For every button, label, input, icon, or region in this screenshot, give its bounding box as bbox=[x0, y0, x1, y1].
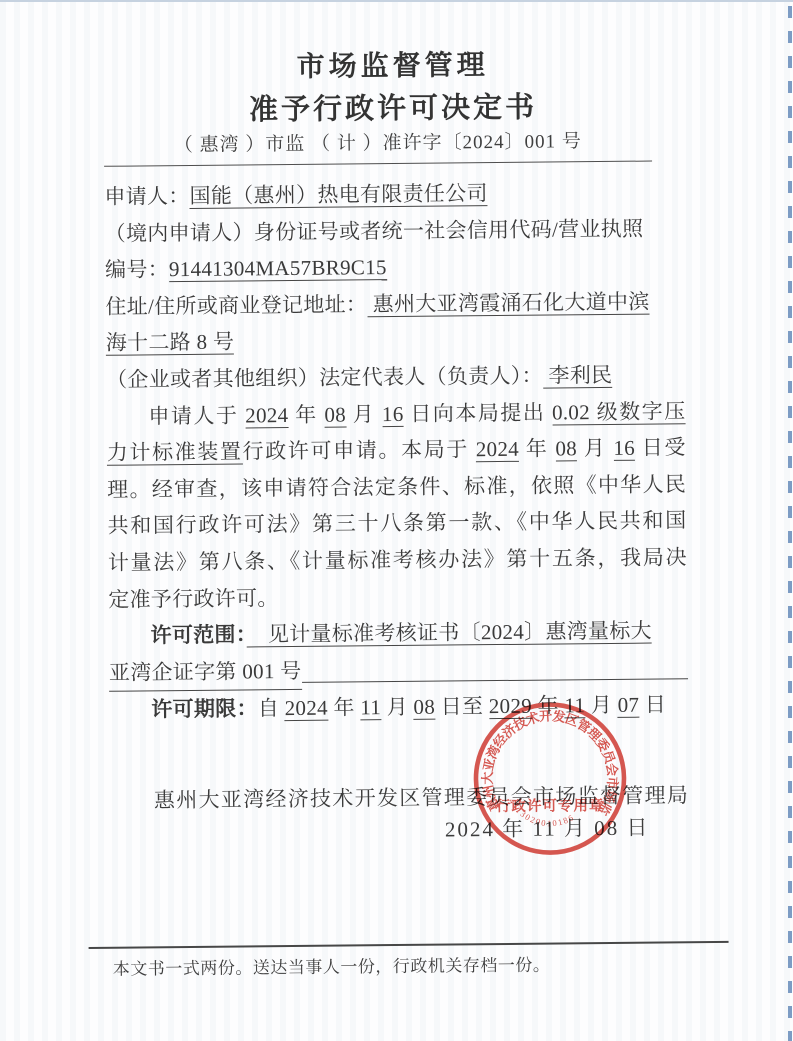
doc-line: 申请人：国能（惠州）热电有限责任公司 bbox=[104, 173, 683, 215]
doc-line: 理。经审查，该申请符合法定条件、标准，依照《中华人民 bbox=[107, 466, 686, 508]
applicant-info-section: 申请人：国能（惠州）热电有限责任公司（境内申请人）身份证号或者统一社会信用代码/… bbox=[104, 173, 685, 398]
text-segment: 申请人于 bbox=[148, 403, 245, 428]
text-segment: 16 bbox=[613, 436, 635, 461]
text-segment: 0.02 级数字压 bbox=[552, 399, 686, 425]
text-segment: 月 bbox=[381, 695, 414, 719]
text-segment: 日 bbox=[639, 693, 666, 717]
license-scope-lines: 许可范围： 见计量标准考核证书〔2024〕惠湾量标大亚湾企证字第 001 号 bbox=[108, 612, 688, 692]
doc-line: 许可期限：自 2024 年 11 月 08 日至 2029 年 11 月 07 … bbox=[109, 687, 688, 729]
text-segment: 日受 bbox=[635, 435, 686, 459]
text-segment: 编号： bbox=[105, 257, 169, 282]
text-segment: 2024 bbox=[245, 403, 288, 428]
decision-body-paragraph: 申请人于 2024 年 08 月 16 日向本局提出 0.02 级数字压力计标准… bbox=[106, 393, 687, 618]
doc-line: 许可范围： 见计量标准考核证书〔2024〕惠湾量标大 bbox=[108, 612, 687, 654]
document-page: 市场监督管理 准予行政许可决定书 （ 惠湾 ）市监 （ 计 ）准许字〔2024〕… bbox=[0, 0, 793, 1041]
text-segment: 住址/住所或商业登记地址： bbox=[105, 292, 367, 319]
doc-line: 编号：91441304MA57BR9C15 bbox=[105, 246, 684, 288]
text-segment: 海十二路 8 号 bbox=[106, 330, 235, 356]
text-segment: 定准予行政许可。 bbox=[108, 586, 279, 612]
text-segment: 力计标准装置 bbox=[107, 440, 243, 466]
text-segment: 计量法》第八条、《计量标准考核办法》第十五条，我局决 bbox=[108, 545, 687, 575]
text-segment: 月 bbox=[346, 402, 382, 426]
doc-line: 定准予行政许可。 bbox=[108, 576, 687, 618]
text-segment: 2024 bbox=[285, 696, 328, 721]
scan-edge-top-artifact bbox=[0, 0, 793, 2]
text-segment: 共和国行政许可法》第三十八条第一款、《中华人民共和国 bbox=[107, 509, 686, 539]
text-segment: 11 bbox=[360, 695, 381, 720]
underline-fill bbox=[301, 657, 688, 683]
text-segment: （境内申请人）身份证号或者统一社会信用代码/营业执照 bbox=[105, 216, 644, 245]
text-segment: 许可期限： bbox=[151, 697, 258, 722]
text-segment: 08 bbox=[324, 402, 346, 427]
document-title-line2: 准予行政许可决定书 bbox=[103, 85, 682, 133]
document-title-line1: 市场监督管理 bbox=[103, 43, 682, 91]
text-segment: 月 bbox=[577, 436, 614, 460]
text-segment: 李利民 bbox=[543, 363, 613, 389]
text-segment: 年 bbox=[532, 694, 565, 718]
text-segment: 08 bbox=[555, 436, 577, 461]
footer-note: 本文书一式两份。送达当事人一份，行政机关存档一份。 bbox=[89, 943, 729, 980]
text-segment: 申请人： bbox=[104, 184, 189, 209]
text-segment: 2029 bbox=[489, 694, 532, 719]
doc-line: 共和国行政许可法》第三十八条第一款、《中华人民共和国 bbox=[107, 503, 686, 545]
text-segment: 年 bbox=[288, 402, 324, 426]
text-segment: 自 bbox=[258, 696, 285, 720]
text-segment: 见计量标准考核证书〔2024〕惠湾量标大 bbox=[246, 619, 652, 648]
scanned-content: 市场监督管理 准予行政许可决定书 （ 惠湾 ）市监 （ 计 ）准许字〔2024〕… bbox=[0, 0, 793, 1041]
text-segment: 2024 bbox=[476, 437, 519, 462]
doc-line: 力计标准装置行政许可申请。本局于 2024 年 08 月 16 日受 bbox=[107, 429, 686, 471]
text-segment: 惠州大亚湾霞涌石化大道中滨 bbox=[367, 289, 650, 317]
text-segment: 16 bbox=[382, 401, 404, 426]
scan-edge-right-artifact bbox=[788, 6, 792, 1041]
text-segment: 亚湾企证字第 001 号 bbox=[109, 653, 302, 692]
doc-line: 申请人于 2024 年 08 月 16 日向本局提出 0.02 级数字压 bbox=[106, 393, 685, 435]
text-segment: 07 bbox=[618, 693, 640, 718]
doc-line: （境内申请人）身份证号或者统一社会信用代码/营业执照 bbox=[105, 210, 684, 252]
text-segment: 国能（惠州）热电有限责任公司 bbox=[189, 181, 487, 209]
signature-block: 惠州大亚湾经济技术开发区管理委员会市场监督管理局 2024 年 11 月 08 … bbox=[110, 781, 690, 851]
doc-line: 计量法》第八条、《计量标准考核办法》第十五条，我局决 bbox=[108, 539, 687, 581]
text-segment: 年 bbox=[519, 437, 556, 461]
document-content: 市场监督管理 准予行政许可决定书 （ 惠湾 ）市监 （ 计 ）准许字〔2024〕… bbox=[0, 0, 793, 852]
doc-line: 亚湾企证字第 001 号 bbox=[109, 649, 688, 692]
text-segment: 理。经审查，该申请符合法定条件、标准，依照《中华人民 bbox=[107, 472, 686, 502]
doc-line: （企业或者其他组织）法定代表人（负责人）： 李利民 bbox=[106, 356, 685, 398]
issue-date: 2024 年 11 月 08 日 bbox=[110, 809, 689, 851]
text-segment: 行政许可申请。本局于 bbox=[242, 437, 475, 463]
doc-line: 住址/住所或商业登记地址： 惠州大亚湾霞涌石化大道中滨 bbox=[105, 283, 684, 325]
text-segment: 11 bbox=[564, 694, 585, 719]
text-segment: 年 bbox=[328, 696, 361, 720]
footer-divider: 本文书一式两份。送达当事人一份，行政机关存档一份。 bbox=[89, 941, 729, 980]
text-segment: 月 bbox=[585, 693, 618, 717]
text-segment: 91441304MA57BR9C15 bbox=[169, 255, 387, 282]
text-segment: 日向本局提出 bbox=[403, 400, 552, 425]
text-segment: 许可范围： bbox=[150, 623, 246, 648]
text-segment: 日至 bbox=[435, 694, 489, 719]
doc-line: 海十二路 8 号 bbox=[106, 320, 685, 362]
scanned-document-page: { "doc": { "title_line1": "市场监督管理", "tit… bbox=[0, 0, 793, 1041]
license-period-line: 许可期限：自 2024 年 11 月 08 日至 2029 年 11 月 07 … bbox=[109, 687, 688, 729]
text-segment: （企业或者其他组织）法定代表人（负责人）： bbox=[106, 364, 543, 392]
text-segment: 08 bbox=[413, 695, 435, 720]
document-number: （ 惠湾 ）市监 （ 计 ）准许字〔2024〕001 号 bbox=[104, 130, 652, 167]
